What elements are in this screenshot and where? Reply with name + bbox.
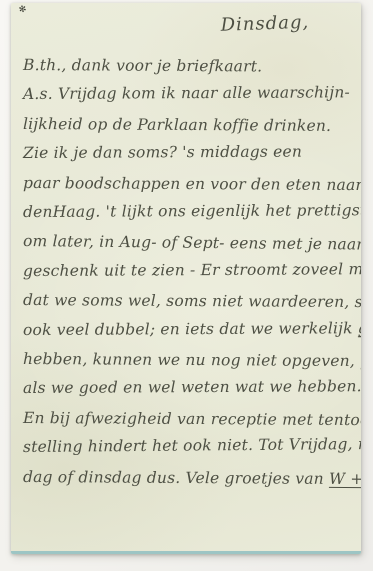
- letter-card: ✻ Dinsdag, B.th., dank voor je briefkaar…: [11, 3, 361, 554]
- letter-line-4: Zie ik je dan soms? 's middags een: [23, 137, 355, 168]
- letter-line-14: stelling hindert het ook niet. Tot Vrijd…: [23, 430, 355, 462]
- letter-line-6: denHaag. 't lijkt ons eigenlijk het pret…: [23, 196, 355, 227]
- underlined-word: W + M: [329, 470, 361, 488]
- letter-line-12: als we goed en wel weten wat we hebben.: [23, 373, 355, 404]
- letter-line-15: dag of dinsdag dus. Vele groetjes van W …: [23, 463, 355, 494]
- letter-line-10: ook veel dubbel; en iets dat we werkelij…: [23, 314, 355, 345]
- scanned-letter-photo: { "document": { "kind": "handwritten-let…: [0, 0, 373, 571]
- underlined-word: graag: [358, 319, 361, 337]
- letter-body: B.th., dank voor je briefkaart.A.s. Vrij…: [11, 37, 361, 492]
- letter-line-2: A.s. Vrijdag kom ik naar alle waarschijn…: [23, 79, 355, 110]
- letter-line-9: dat we soms wel, soms niet waardeeren, s…: [23, 286, 355, 317]
- letter-line-8: geschenk uit te zien - Er stroomt zoveel…: [23, 255, 355, 286]
- letter-line-5: paar boodschappen en voor den eten naar: [23, 169, 355, 200]
